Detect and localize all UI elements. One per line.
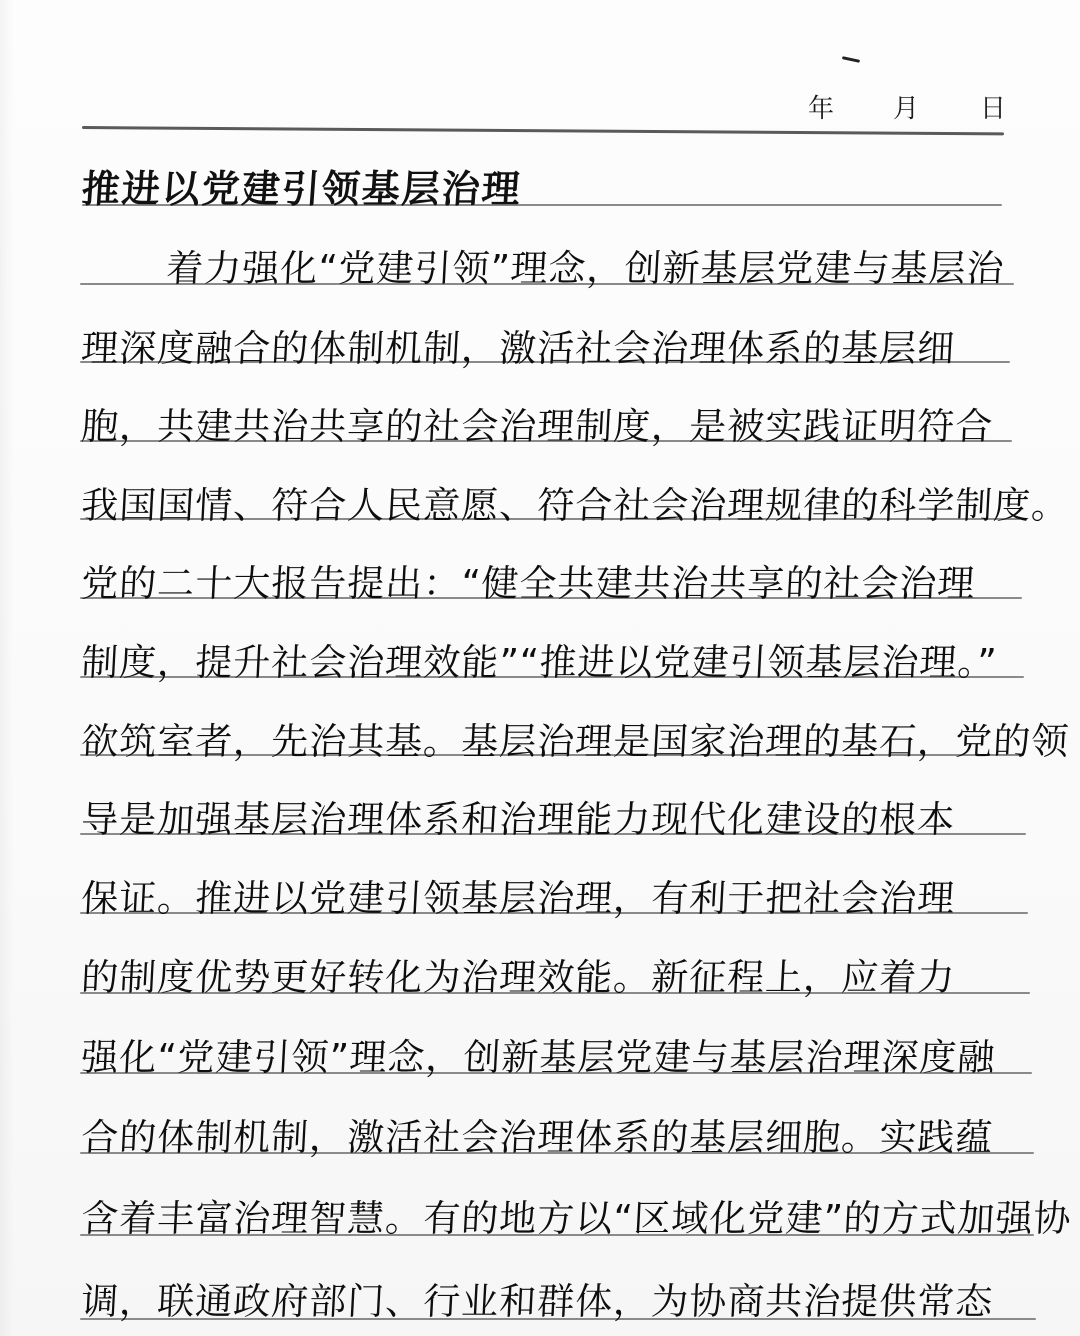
text-line-1: 着力强化“党建引领”理念，创新基层党建与基层治 <box>165 238 1080 292</box>
text-line-5: 党的二十大报告提出：“健全共建共治共享的社会治理 <box>80 553 1033 607</box>
text-line-9: 保证。推进以党建引领基层治理，有利于把社会治理 <box>80 868 1033 922</box>
text-line-8: 导是加强基层治理体系和治理能力现代化建设的根本 <box>80 789 1033 843</box>
text-line-14: 调，联通政府部门、行业和群体，为协商共治提供常态 <box>80 1271 1033 1325</box>
text-line-12: 合的体制机制，激活社会治理体系的基层细胞。实践蕴 <box>80 1107 1033 1161</box>
text-line-4: 我国国情、符合人民意愿、符合社会治理规律的科学制度。 <box>80 475 1033 529</box>
text-line-11: 强化“党建引领”理念，创新基层党建与基层治理深度融 <box>80 1027 1033 1081</box>
text-line-10: 的制度优势更好转化为治理效能。新征程上，应着力 <box>80 947 1033 1001</box>
text-line-7: 欲筑室者，先治其基。基层治理是国家治理的基石，党的领 <box>80 711 1033 765</box>
notebook-page: 年 月 日 推进以党建引领基层治理 着力强化“党建引领”理念，创新基层党建与基层… <box>0 0 1080 1336</box>
text-line-2: 理深度融合的体制机制，激活社会治理体系的基层细 <box>80 318 1033 372</box>
text-line-13: 含着丰富治理智慧。有的地方以“区域化党建”的方式加强协 <box>80 1188 1033 1242</box>
text-line-3: 胞，共建共治共享的社会治理制度，是被实践证明符合 <box>80 396 1033 450</box>
text-line-6: 制度，提升社会治理效能”“推进以党建引领基层治理。” <box>80 632 1033 686</box>
essay-title: 推进以党建引领基层治理 <box>80 158 524 213</box>
